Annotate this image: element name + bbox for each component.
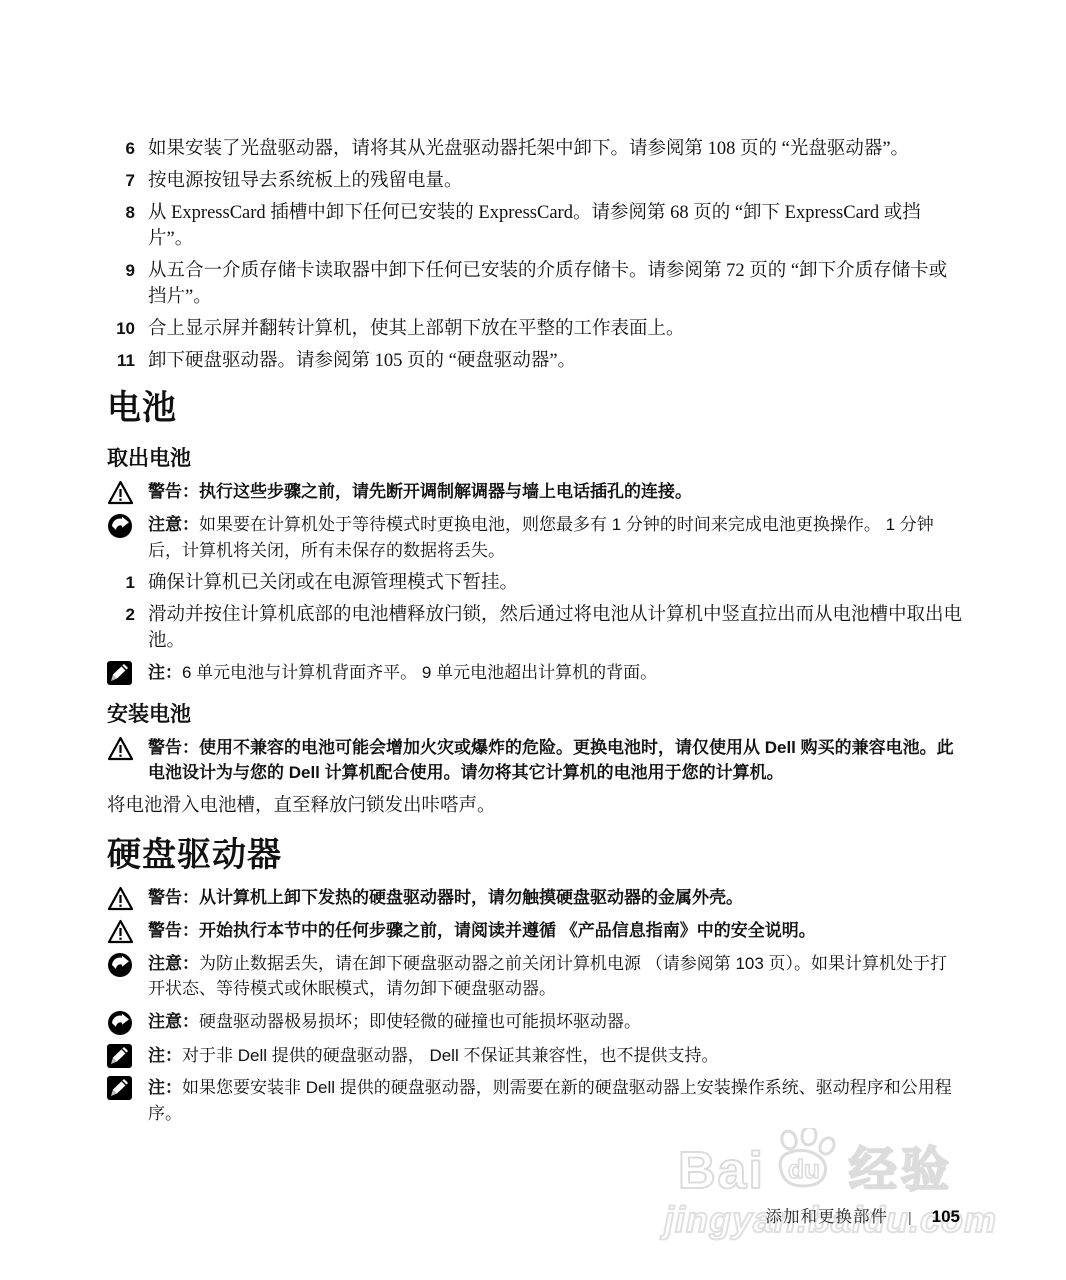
step-item: 6 如果安装了光盘驱动器，请将其从光盘驱动器托架中卸下。请参阅第 108 页的 … (107, 136, 963, 162)
manual-page: 6 如果安装了光盘驱动器，请将其从光盘驱动器托架中卸下。请参阅第 108 页的 … (0, 0, 1066, 1280)
note-label: 注： (148, 1046, 182, 1065)
warning-text: 执行这些步骤之前，请先断开调制解调器与墙上电话插孔的连接。 (199, 482, 692, 501)
warning-label: 警告： (148, 921, 199, 940)
watermark-brand-left: Bai (678, 1145, 765, 1197)
warning-triangle-icon (107, 479, 135, 505)
notice-label: 注意： (148, 954, 199, 973)
subsection-remove-battery: 取出电池 (107, 446, 963, 472)
step-text: 从五合一介质存储卡读取器中卸下任何已安装的介质存储卡。请参阅第 72 页的 “卸… (148, 258, 963, 310)
warning-text: 使用不兼容的电池可能会增加火灾或爆炸的危险。更换电池时，请仅使用从 Dell 购… (148, 738, 954, 783)
step-item: 1 确保计算机已关闭或在电源管理模式下暂挂。 (107, 570, 963, 596)
warning-admonition: 警告：开始执行本节中的任何步骤之前，请阅读并遵循 《产品信息指南》中的安全说明。 (107, 918, 963, 944)
warning-label: 警告： (148, 482, 199, 501)
step-text: 滑动并按住计算机底部的电池槽释放闩锁，然后通过将电池从计算机中竖直拉出而从电池槽… (148, 602, 963, 654)
footer-page-number: 105 (932, 1207, 960, 1227)
note-label: 注： (148, 663, 182, 682)
baidu-paw-icon: du (767, 1128, 841, 1203)
step-item: 2 滑动并按住计算机底部的电池槽释放闩锁，然后通过将电池从计算机中竖直拉出而从电… (107, 602, 963, 654)
step-number: 8 (107, 200, 135, 252)
notice-label: 注意： (148, 515, 199, 534)
step-item: 9 从五合一介质存储卡读取器中卸下任何已安装的介质存储卡。请参阅第 72 页的 … (107, 258, 963, 310)
watermark-brand-paw-text: du (788, 1154, 820, 1184)
warning-label: 警告： (148, 888, 199, 907)
page-content: 6 如果安装了光盘驱动器，请将其从光盘驱动器托架中卸下。请参阅第 108 页的 … (107, 136, 963, 1133)
step-item: 7 按电源按钮导去系统板上的残留电量。 (107, 168, 963, 194)
step-text: 如果安装了光盘驱动器，请将其从光盘驱动器托架中卸下。请参阅第 108 页的 “光… (148, 136, 909, 162)
step-number: 11 (107, 348, 135, 374)
install-battery-instruction: 将电池滑入电池槽，直至释放闩锁发出咔嗒声。 (107, 793, 963, 819)
step-number: 6 (107, 136, 135, 162)
note-text: 对于非 Dell 提供的硬盘驱动器， Dell 不保证其兼容性，也不提供支持。 (182, 1046, 718, 1065)
warning-triangle-icon (107, 918, 135, 944)
step-text: 确保计算机已关闭或在电源管理模式下暂挂。 (148, 570, 518, 596)
watermark-brand-cn: 经验 (849, 1145, 953, 1197)
warning-triangle-icon (107, 885, 135, 911)
note-text: 6 单元电池与计算机背面齐平。 9 单元电池超出计算机的背面。 (182, 663, 657, 682)
step-number: 2 (107, 602, 135, 654)
section-title-battery: 电池 (107, 388, 963, 428)
note-admonition: 注：6 单元电池与计算机背面齐平。 9 单元电池超出计算机的背面。 (107, 660, 963, 686)
subsection-install-battery: 安装电池 (107, 702, 963, 728)
step-item: 8 从 ExpressCard 插槽中卸下任何已安装的 ExpressCard。… (107, 200, 963, 252)
step-text: 卸下硬盘驱动器。请参阅第 105 页的 “硬盘驱动器”。 (148, 348, 576, 374)
step-number: 10 (107, 316, 135, 342)
warning-text: 开始执行本节中的任何步骤之前，请阅读并遵循 《产品信息指南》中的安全说明。 (199, 921, 816, 940)
notice-text: 为防止数据丢失，请在卸下硬盘驱动器之前关闭计算机电源 （请参阅第 103 页）。… (148, 954, 947, 999)
step-number: 7 (107, 168, 135, 194)
notice-circle-arrow-icon (107, 512, 135, 563)
note-pencil-icon (107, 1075, 135, 1126)
note-admonition: 注：对于非 Dell 提供的硬盘驱动器， Dell 不保证其兼容性，也不提供支持… (107, 1043, 963, 1069)
step-text: 从 ExpressCard 插槽中卸下任何已安装的 ExpressCard。请参… (148, 200, 963, 252)
warning-label: 警告： (148, 738, 199, 757)
warning-admonition: 警告：执行这些步骤之前，请先断开调制解调器与墙上电话插孔的连接。 (107, 479, 963, 505)
notice-admonition: 注意：硬盘驱动器极易损坏；即使轻微的碰撞也可能损坏驱动器。 (107, 1009, 963, 1036)
notice-label: 注意： (148, 1012, 199, 1031)
note-label: 注： (148, 1078, 182, 1097)
notice-admonition: 注意：为防止数据丢失，请在卸下硬盘驱动器之前关闭计算机电源 （请参阅第 103 … (107, 951, 963, 1002)
notice-text: 硬盘驱动器极易损坏；即使轻微的碰撞也可能损坏驱动器。 (199, 1012, 641, 1031)
step-item: 10 合上显示屏并翻转计算机，使其上部朝下放在平整的工作表面上。 (107, 316, 963, 342)
notice-text: 如果要在计算机处于等待模式时更换电池，则您最多有 1 分钟的时间来完成电池更换操… (148, 515, 934, 560)
warning-admonition: 警告：从计算机上卸下发热的硬盘驱动器时，请勿触摸硬盘驱动器的金属外壳。 (107, 885, 963, 911)
step-text: 合上显示屏并翻转计算机，使其上部朝下放在平整的工作表面上。 (148, 316, 685, 342)
note-pencil-icon (107, 1043, 135, 1069)
warning-admonition: 警告：使用不兼容的电池可能会增加火灾或爆炸的危险。更换电池时，请仅使用从 Del… (107, 735, 963, 786)
step-number: 9 (107, 258, 135, 310)
note-admonition: 注：如果您要安装非 Dell 提供的硬盘驱动器，则需要在新的硬盘驱动器上安装操作… (107, 1075, 963, 1126)
warning-text: 从计算机上卸下发热的硬盘驱动器时，请勿触摸硬盘驱动器的金属外壳。 (199, 888, 743, 907)
notice-circle-arrow-icon (107, 1009, 135, 1036)
note-pencil-icon (107, 660, 135, 686)
notice-admonition: 注意：如果要在计算机处于等待模式时更换电池，则您最多有 1 分钟的时间来完成电池… (107, 512, 963, 563)
step-text: 按电源按钮导去系统板上的残留电量。 (148, 168, 463, 194)
warning-triangle-icon (107, 735, 135, 786)
footer-separator: | (908, 1209, 912, 1225)
step-number: 1 (107, 570, 135, 596)
step-item: 11 卸下硬盘驱动器。请参阅第 105 页的 “硬盘驱动器”。 (107, 348, 963, 374)
section-title-hdd: 硬盘驱动器 (107, 835, 963, 875)
page-footer: 添加和更换部件 | 105 (765, 1203, 960, 1227)
footer-section-title: 添加和更换部件 (765, 1203, 888, 1227)
note-text: 如果您要安装非 Dell 提供的硬盘驱动器，则需要在新的硬盘驱动器上安装操作系统… (148, 1078, 952, 1123)
notice-circle-arrow-icon (107, 951, 135, 1002)
